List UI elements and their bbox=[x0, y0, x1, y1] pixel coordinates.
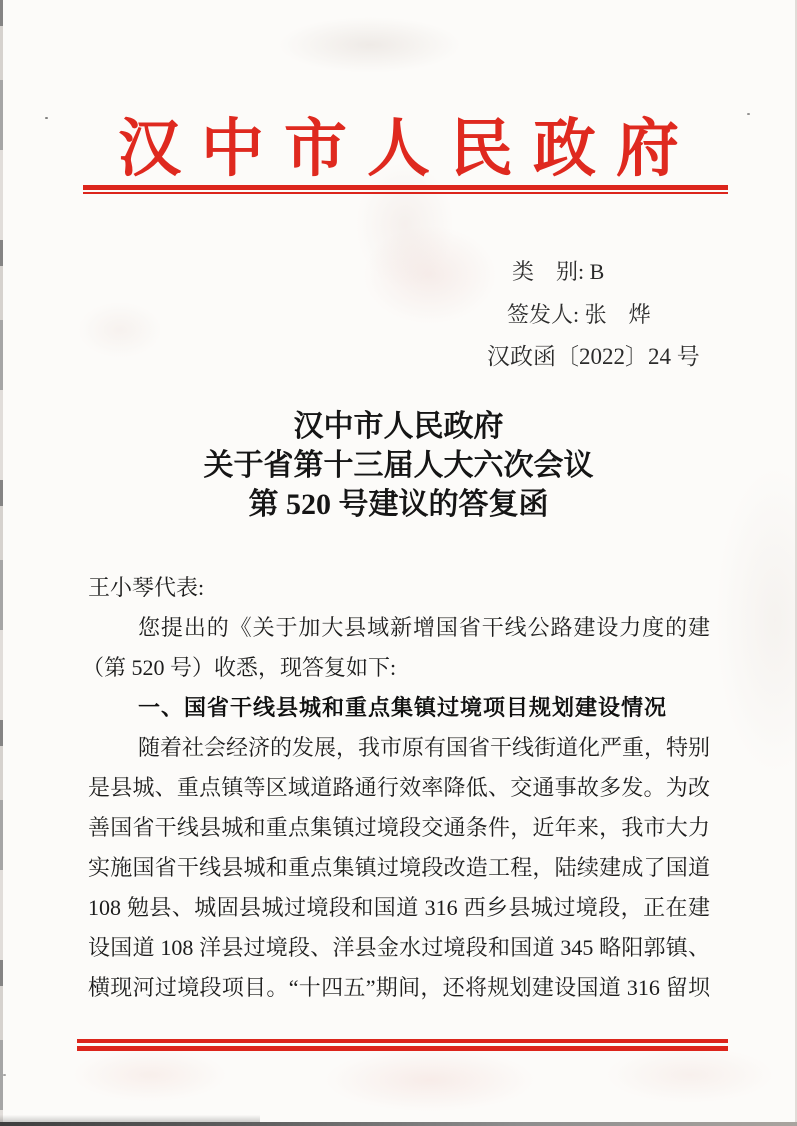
body-line: 随着社会经济的发展，我市原有国省干线街道化严重，特别 bbox=[88, 728, 710, 768]
body-line: 是县城、重点镇等区域道路通行效率降低、交通事故多发。为改 bbox=[88, 768, 710, 808]
body-line: 实施国省干线县城和重点集镇过境段改造工程，陆续建成了国道 bbox=[88, 848, 710, 888]
meta-category: 类 别: B bbox=[512, 255, 604, 286]
scan-speck bbox=[45, 117, 48, 119]
scanned-document-page: 汉中市人民政府 类 别: B 签发人: 张 烨 汉政函〔2022〕24 号 汉中… bbox=[0, 0, 797, 1126]
meta-doc-number: 汉政函〔2022〕24 号 bbox=[487, 338, 700, 371]
scan-edge-bottom bbox=[0, 1122, 797, 1126]
agency-letterhead: 汉中市人民政府 bbox=[0, 98, 797, 189]
body-line: 横现河过境段项目。“十四五”期间，还将规划建设国道 316 留坝 bbox=[88, 968, 710, 1008]
salutation: 王小琴代表: bbox=[88, 568, 710, 608]
meta-signer: 签发人: 张 烨 bbox=[507, 298, 651, 329]
footer-double-rule bbox=[77, 1039, 728, 1051]
letterhead-double-rule bbox=[83, 185, 728, 194]
section-heading: 一、国省干线县城和重点集镇过境项目规划建设情况 bbox=[88, 688, 710, 728]
letter-body: 王小琴代表: 您提出的《关于加大县域新增国省干线公路建设力度的建议》 （第 52… bbox=[88, 568, 710, 1008]
body-line: （第 520 号）收悉，现答复如下: bbox=[82, 648, 710, 688]
document-title-line-3: 第 520 号建议的答复函 bbox=[0, 485, 797, 524]
document-title: 汉中市人民政府 关于省第十三届人大六次会议 第 520 号建议的答复函 bbox=[0, 407, 797, 524]
scan-edge-left bbox=[0, 0, 3, 1126]
scan-speck bbox=[418, 170, 420, 172]
body-line: 108 勉县、城固县城过境段和国道 316 西乡县城过境段，正在建 bbox=[88, 888, 710, 928]
document-title-line-2: 关于省第十三届人大六次会议 bbox=[0, 446, 797, 485]
scan-speck bbox=[747, 113, 750, 115]
body-line: 善国省干线县城和重点集镇过境段交通条件，近年来，我市大力 bbox=[88, 808, 710, 848]
body-line: 您提出的《关于加大县域新增国省干线公路建设力度的建议》 bbox=[88, 608, 710, 648]
scan-speck bbox=[3, 1074, 6, 1076]
document-title-line-1: 汉中市人民政府 bbox=[0, 407, 797, 446]
body-line: 设国道 108 洋县过境段、洋县金水过境段和国道 345 略阳郭镇、 bbox=[88, 928, 710, 968]
